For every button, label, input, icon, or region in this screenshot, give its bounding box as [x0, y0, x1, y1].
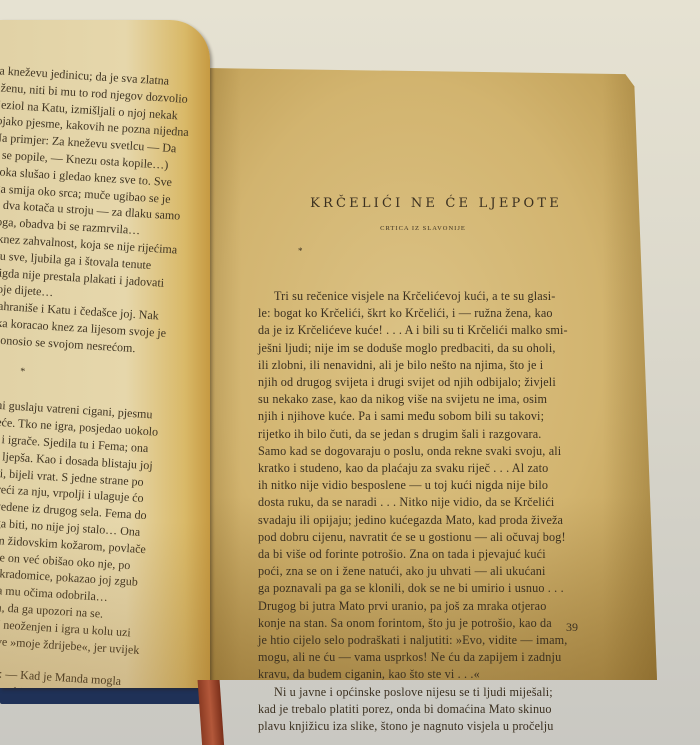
- text-line: ješni ljudi; nije im se doduše moglo pre…: [258, 340, 628, 357]
- asterisk-ornament-icon: *: [0, 361, 195, 391]
- text-line: da je iz Krčelićeve kuće! . . . A i bili…: [258, 322, 628, 339]
- text-line: le: bogat ko Krčelići, škrt ko Krčelići,…: [258, 305, 628, 322]
- story-title: KRČELIĆI NE ĆE LJEPOTE: [244, 196, 628, 211]
- text-line: su nekako zase, kao da nikog više na svi…: [258, 391, 628, 408]
- right-page-text: KRČELIĆI NE ĆE LJEPOTE CRTICA IZ SLAVONI…: [258, 196, 628, 735]
- text-line: dosta ruku, da se naradi . . . Nitko nij…: [258, 494, 628, 511]
- story-body: Tri su rečenice visjele na Krčelićevoj k…: [258, 288, 628, 735]
- text-line: Samo kad se dogovaraju o poslu, onda rek…: [258, 443, 628, 460]
- text-line: Ni u javne i općinske poslove nijesu se …: [258, 684, 628, 701]
- left-page: ga kneževu jedinicu; da je sva zlatna a …: [0, 20, 210, 688]
- text-line: poći, zna se on i žene natući, ako ju uh…: [258, 563, 628, 580]
- text-line: mogu, ali ne ću — vama usprkos! Ne ću da…: [258, 649, 628, 666]
- text-line: njih od drugog svijeta i drugi svijet od…: [258, 374, 628, 391]
- text-line: da bi više od forinte potrošio. Zna on t…: [258, 546, 628, 563]
- text-line: Tri su rečenice visjele na Krčelićevoj k…: [258, 288, 628, 305]
- text-line: ih nitko nije vidio besposlene — u toj k…: [258, 477, 628, 494]
- book-cover-edge: [0, 688, 205, 704]
- text-line: kravu, da budem ciganin, kao što ste vi …: [258, 666, 628, 683]
- text-line: Drugog bi jutra Mato prvi uranio, pa još…: [258, 598, 628, 615]
- story-subtitle: CRTICA IZ SLAVONIJE: [218, 225, 628, 232]
- text-line: pod dobru cijenu, navratit će se u gosti…: [258, 529, 628, 546]
- page-number: 39: [566, 620, 578, 635]
- text-line: njih i njihove kuće. Pa i sami među sobo…: [258, 408, 628, 425]
- text-line: ga poznavali pa ga se klonili, dok se ne…: [258, 580, 628, 597]
- text-line: kratko i studeno, kao da plaćaju za svak…: [258, 460, 628, 477]
- text-line: ili zlobni, ili nenavidni, ali je bilo n…: [258, 357, 628, 374]
- text-line: kad je trebalo platiti porez, onda bi do…: [258, 701, 628, 718]
- text-line: rijetko ih bilo čuti, da se jedan s drug…: [258, 426, 628, 443]
- left-page-text: ga kneževu jedinicu; da je sva zlatna a …: [0, 62, 210, 688]
- text-line: svadaju ili opijaju; jedino kućegazda Ma…: [258, 512, 628, 529]
- text-line: plavu knjižicu iza slike, štono je nagnu…: [258, 718, 628, 735]
- asterisk-ornament-icon: *: [298, 246, 628, 256]
